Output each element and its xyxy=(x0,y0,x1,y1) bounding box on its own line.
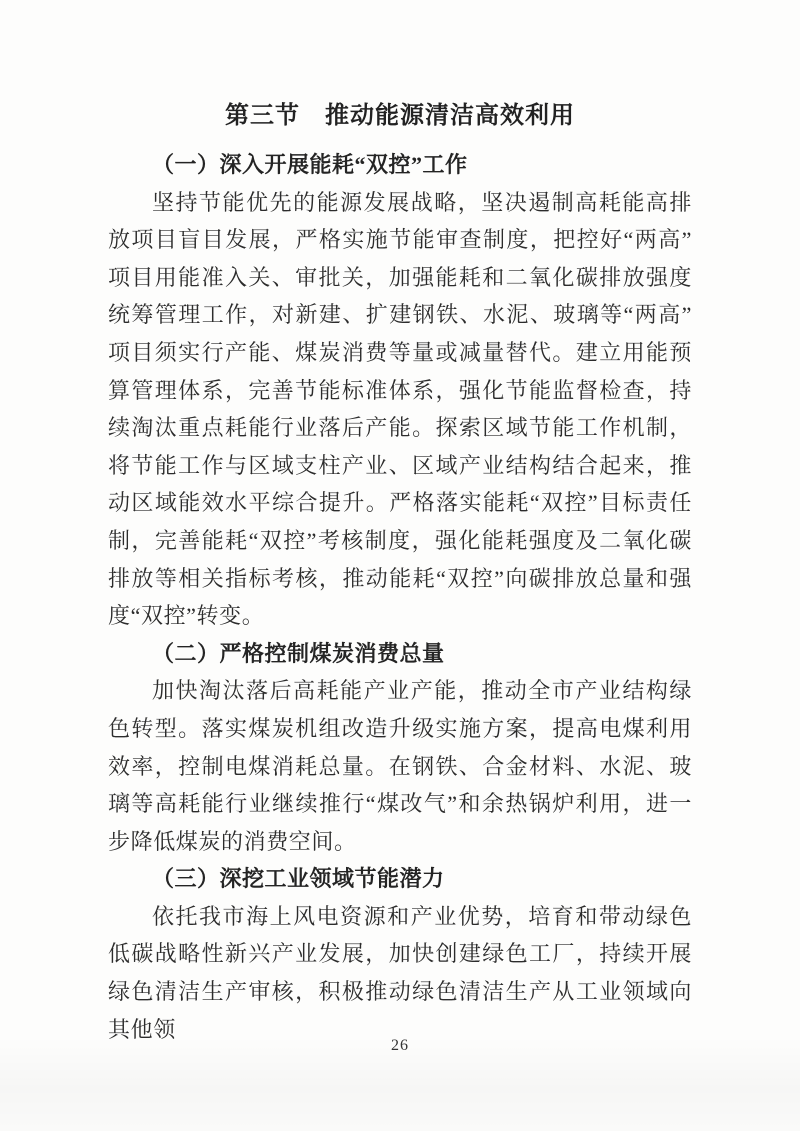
subsection-3: （三）深挖工业领域节能潜力 依托我市海上风电资源和产业优势，培育和带动绿色低碳战… xyxy=(108,860,692,1048)
subsection-1-paragraph: 坚持节能优先的能源发展战略，坚决遏制高耗能高排放项目盲目发展，严格实施节能审查制… xyxy=(108,184,692,635)
document-page: 第三节 推动能源清洁高效利用 （一）深入开展能耗“双控”工作 坚持节能优先的能源… xyxy=(0,0,800,1131)
subsection-1: （一）深入开展能耗“双控”工作 坚持节能优先的能源发展战略，坚决遏制高耗能高排放… xyxy=(108,146,692,635)
subsection-2-paragraph: 加快淘汰落后高耗能产业产能，推动全市产业结构绿色转型。落实煤炭机组改造升级实施方… xyxy=(108,672,692,860)
subsection-3-paragraph: 依托我市海上风电资源和产业优势，培育和带动绿色低碳战略性新兴产业发展，加快创建绿… xyxy=(108,898,692,1048)
subsection-2: （二）严格控制煤炭消费总量 加快淘汰落后高耗能产业产能，推动全市产业结构绿色转型… xyxy=(108,635,692,861)
subsection-3-heading: （三）深挖工业领域节能潜力 xyxy=(108,860,692,898)
section-title: 第三节 推动能源清洁高效利用 xyxy=(108,100,692,132)
subsection-1-heading: （一）深入开展能耗“双控”工作 xyxy=(108,146,692,184)
page-number: 26 xyxy=(0,1036,800,1056)
subsection-2-heading: （二）严格控制煤炭消费总量 xyxy=(108,635,692,673)
